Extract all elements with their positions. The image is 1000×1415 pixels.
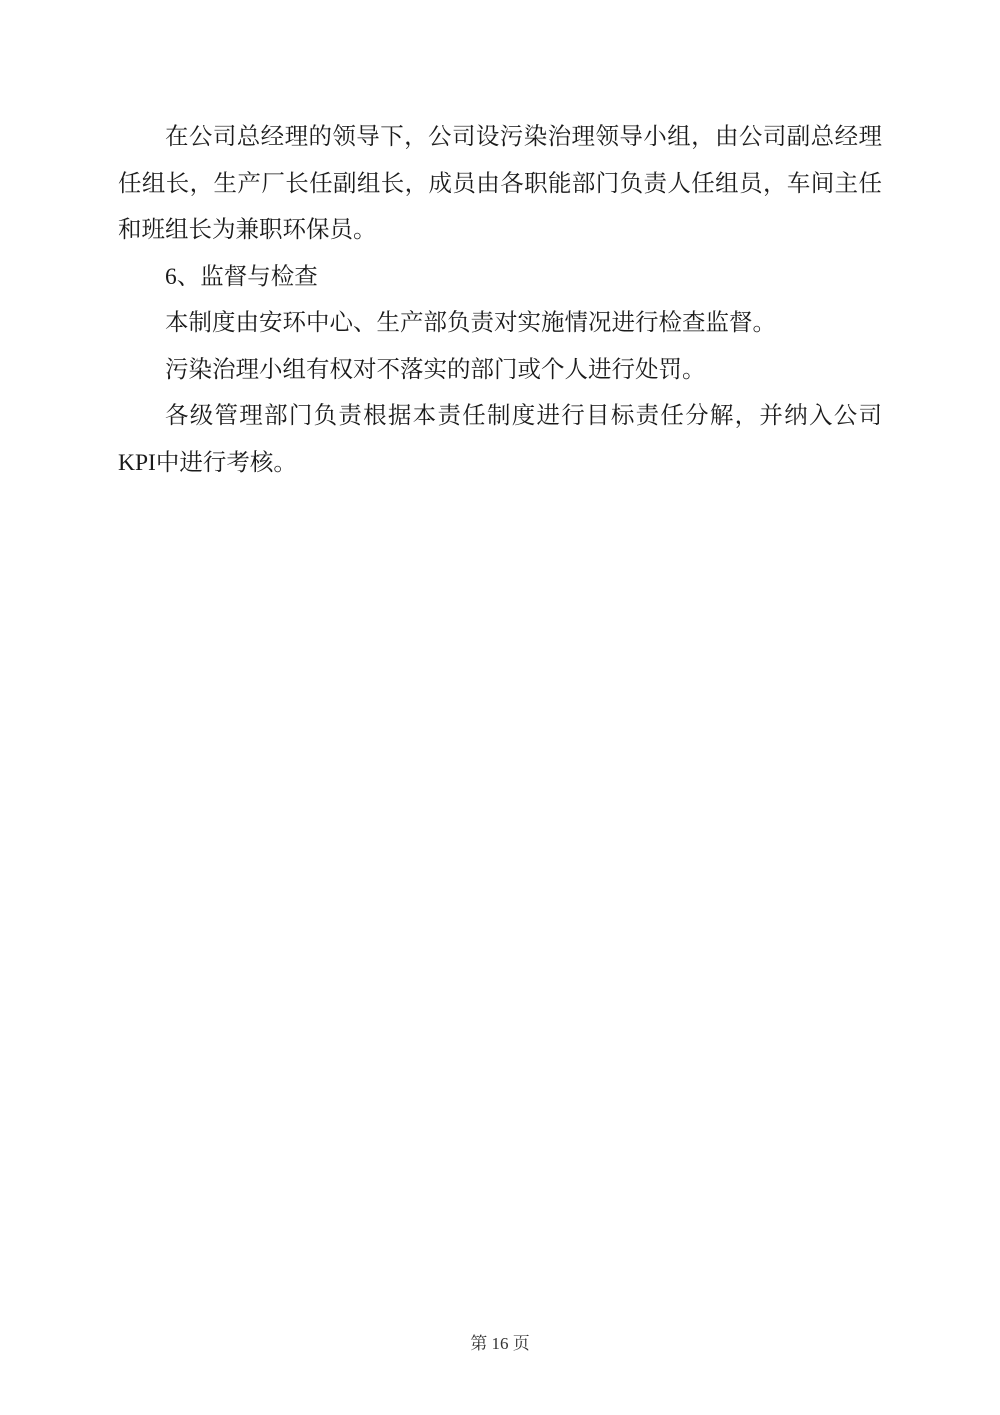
- text-line: 污染治理小组有权对不落实的部门或个人进行处罚。: [118, 347, 882, 394]
- page-number-footer: 第 16 页: [0, 1333, 1000, 1355]
- text-line: 任组长，生产厂长任副组长，成员由各职能部门负责人任组员，车间主任: [118, 161, 882, 208]
- text-line: 各级管理部门负责根据本责任制度进行目标责任分解，并纳入公司: [118, 393, 882, 440]
- text-line: KPI中进行考核。: [118, 440, 882, 487]
- text-line: 6、监督与检查: [118, 254, 882, 301]
- document-body: 在公司总经理的领导下，公司设污染治理领导小组，由公司副总经理任组长，生产厂长任副…: [118, 114, 882, 486]
- text-line: 本制度由安环中心、生产部负责对实施情况进行检查监督。: [118, 300, 882, 347]
- text-line: 在公司总经理的领导下，公司设污染治理领导小组，由公司副总经理: [118, 114, 882, 161]
- document-page: 在公司总经理的领导下，公司设污染治理领导小组，由公司副总经理任组长，生产厂长任副…: [0, 0, 1000, 1415]
- text-line: 和班组长为兼职环保员。: [118, 207, 882, 254]
